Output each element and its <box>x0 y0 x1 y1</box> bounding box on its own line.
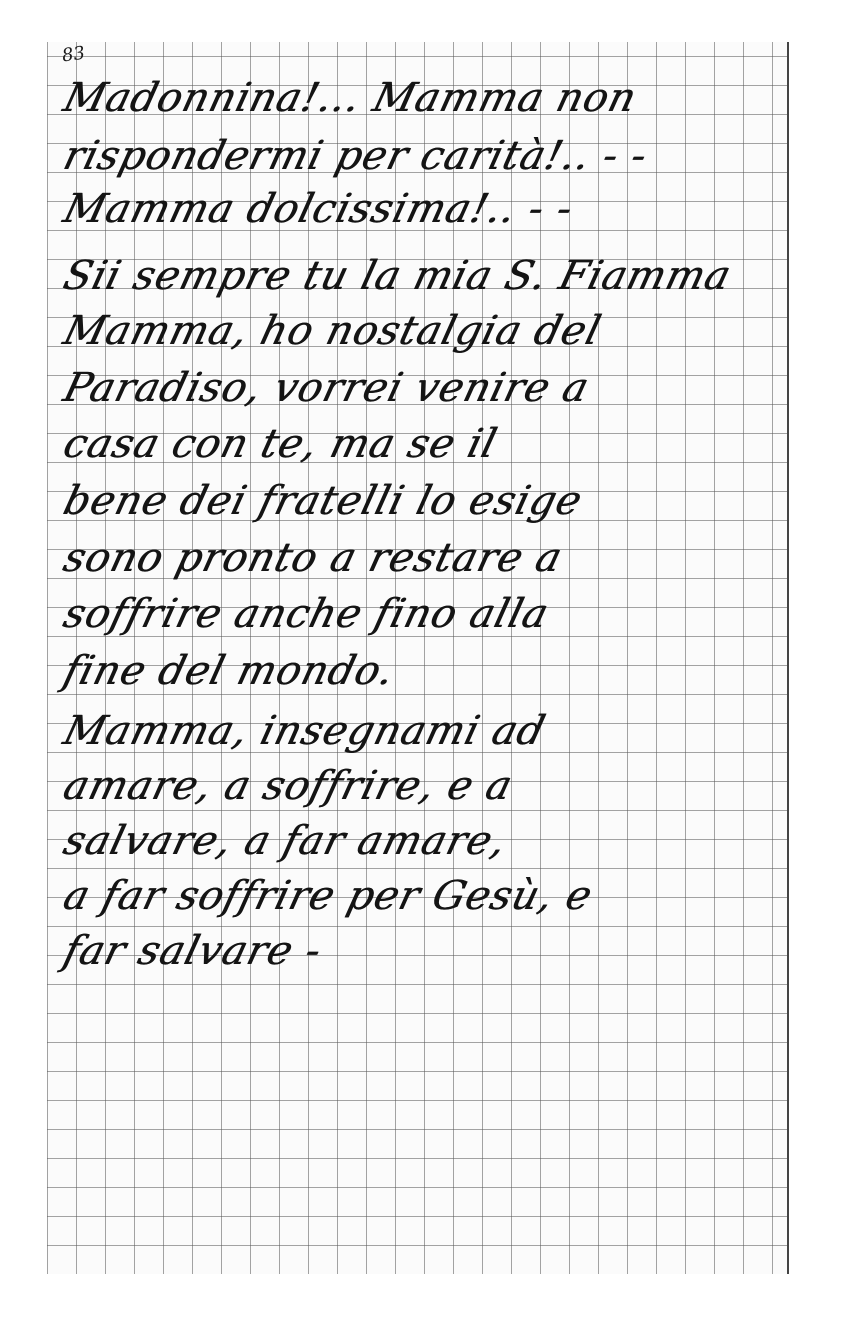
handwritten-line: Mamma, ho nostalgia del <box>58 305 791 357</box>
handwritten-line: rispondermi per carità!.. - - <box>58 130 791 182</box>
handwritten-line: casa con te, ma se il <box>58 418 791 470</box>
handwritten-line: soffrire anche fino alla <box>58 588 791 640</box>
handwritten-line: Mamma dolcissima!.. - - <box>58 183 791 235</box>
handwritten-line: fine del mondo. <box>58 645 791 697</box>
handwritten-line: bene dei fratelli lo esige <box>58 475 791 527</box>
handwritten-line: salvare, a far amare, <box>58 815 791 867</box>
handwritten-line: sono pronto a restare a <box>58 532 791 584</box>
page-number: 83 <box>61 43 87 67</box>
handwritten-line: amare, a soffrire, e a <box>58 760 791 812</box>
handwritten-line: Mamma, insegnami ad <box>58 705 791 757</box>
handwritten-line: Sii sempre tu la mia S. Fiamma <box>58 250 791 302</box>
handwritten-line: a far soffrire per Gesù, e <box>58 870 791 922</box>
handwritten-line: Madonnina!... Mamma non <box>58 72 791 124</box>
handwritten-line: Paradiso, vorrei venire a <box>58 362 791 414</box>
handwritten-line: far salvare - <box>58 925 791 977</box>
